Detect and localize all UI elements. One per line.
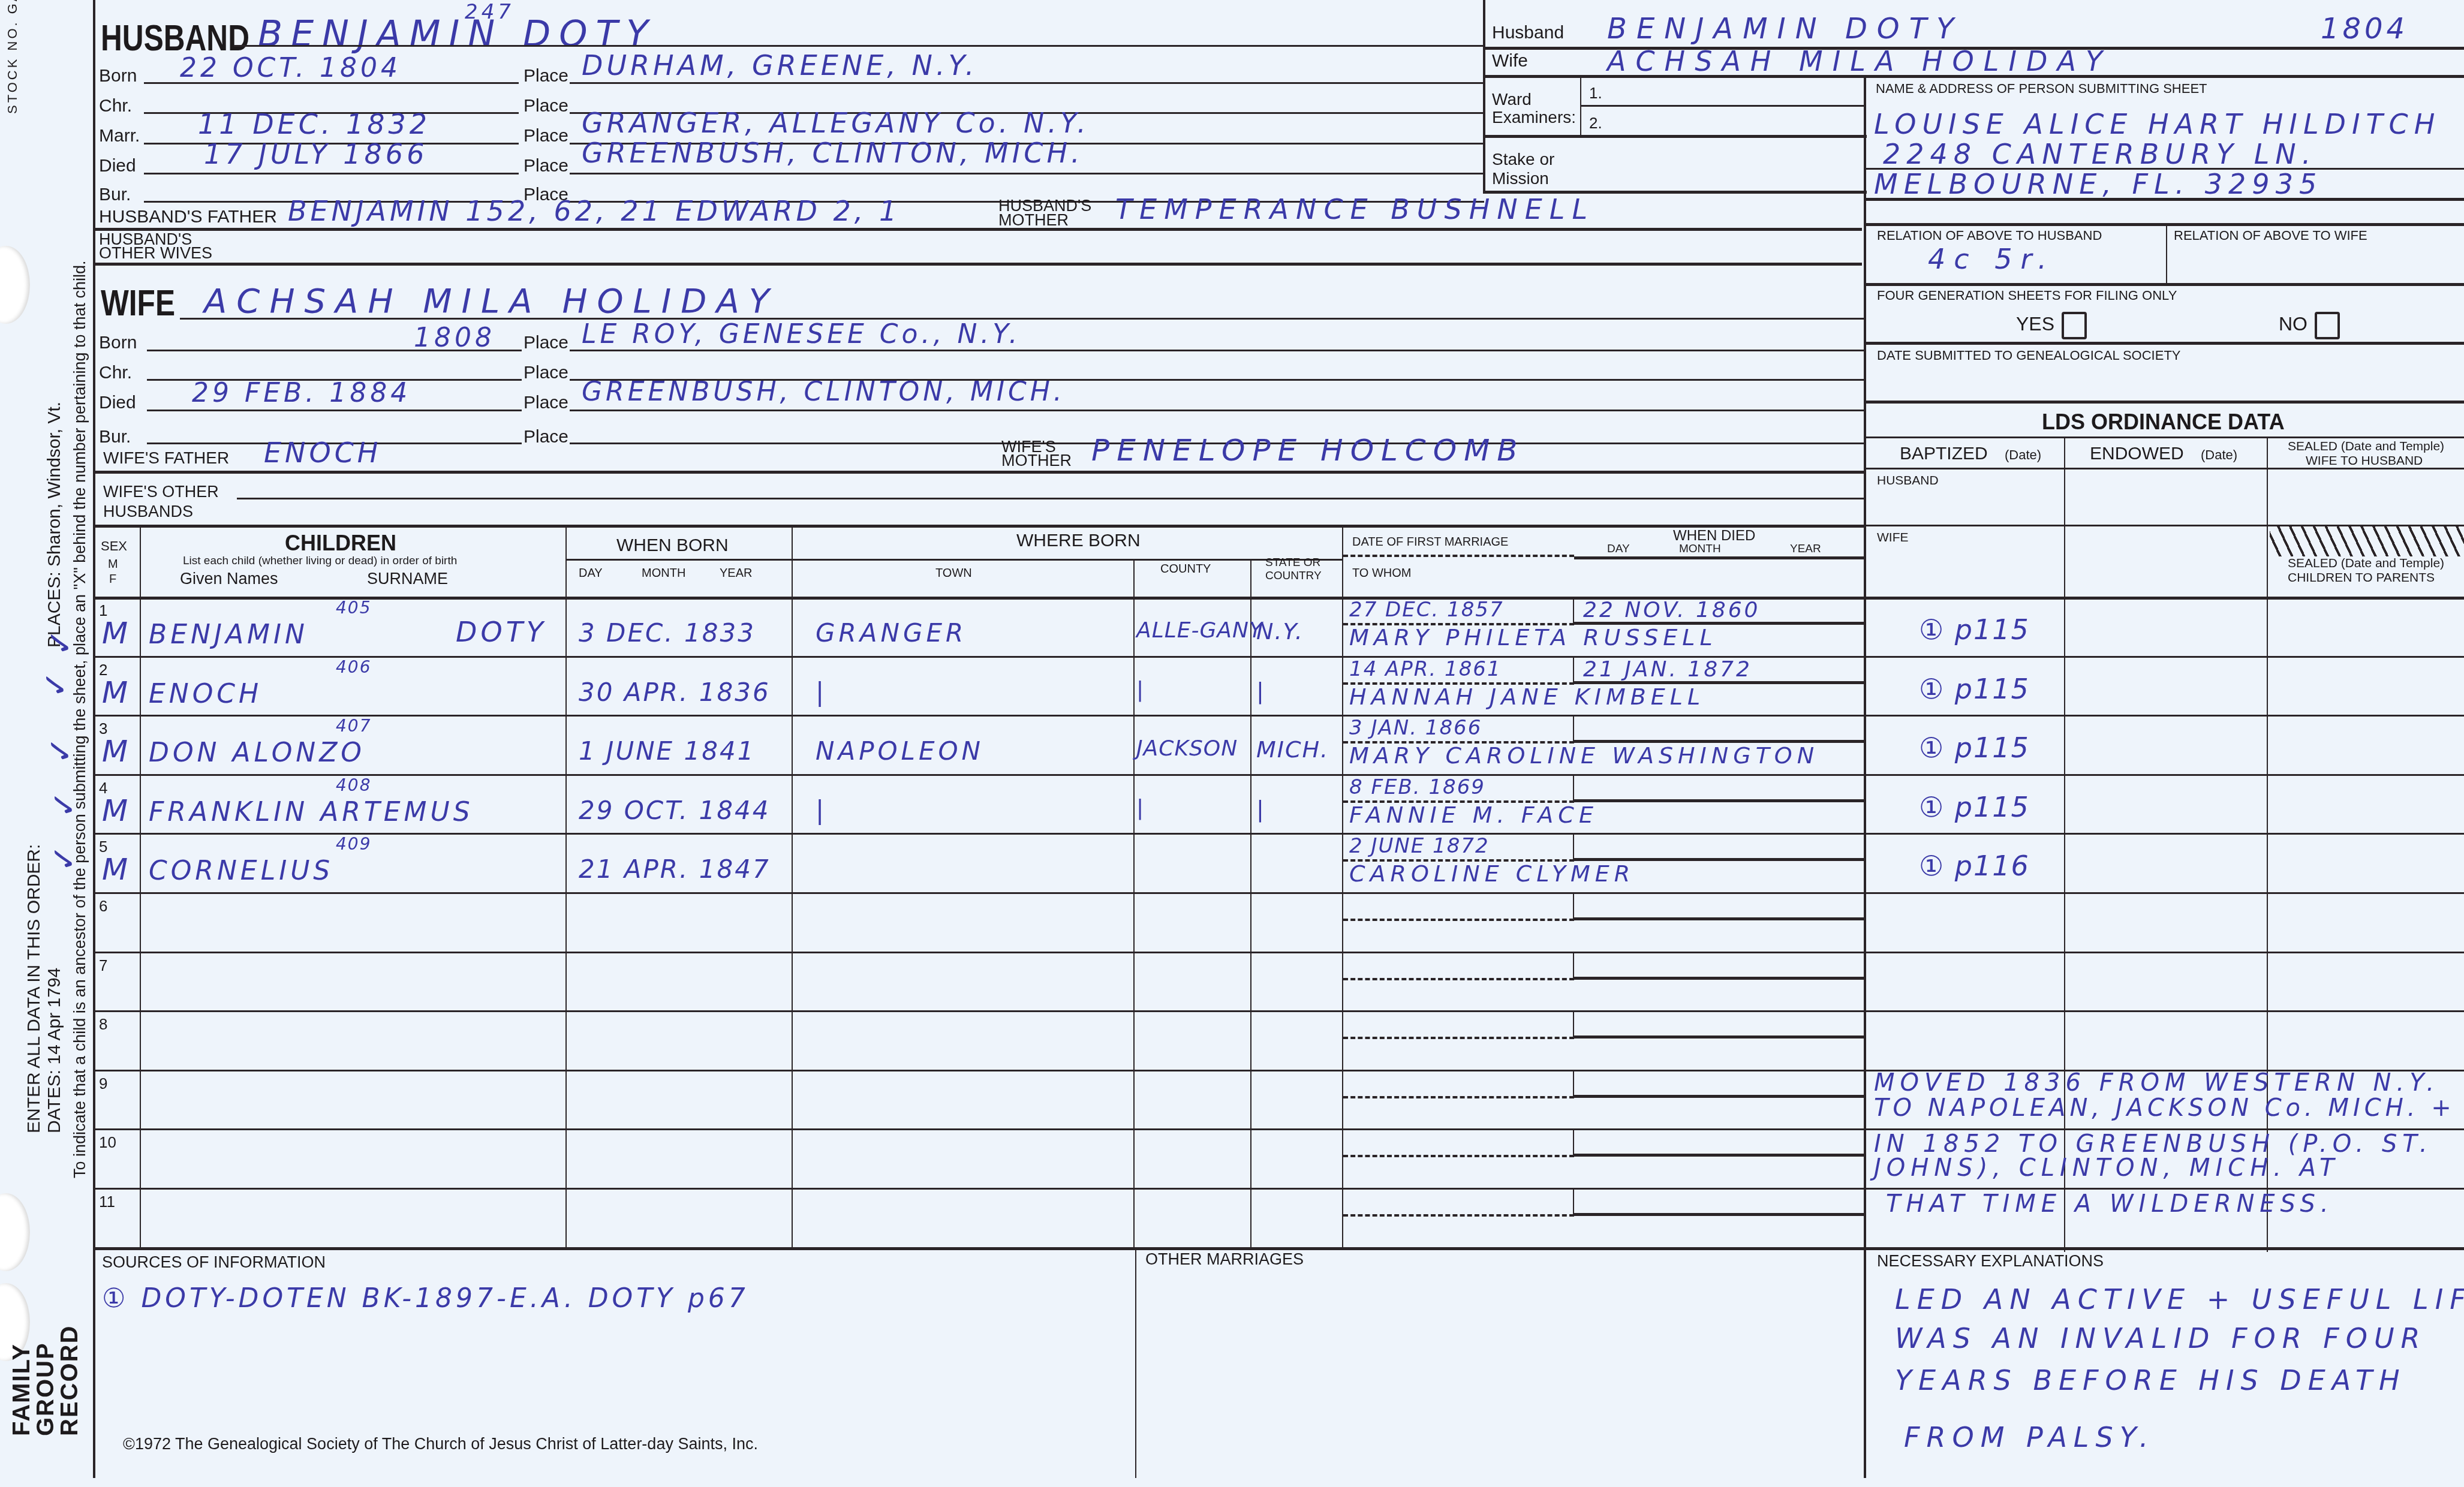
child-sex[interactable]: M: [102, 734, 128, 769]
rule: [1483, 135, 1867, 138]
year-label: YEAR: [720, 567, 752, 580]
child-number: 11: [99, 1193, 115, 1211]
row-rule: [93, 774, 2464, 776]
sealed-children-label-1: SEALED (Date and Temple): [2288, 556, 2444, 571]
sources-label: SOURCES OF INFORMATION: [102, 1253, 326, 1272]
enter-order: ENTER ALL DATA IN THIS ORDER:: [24, 844, 44, 1133]
checkmark-icon: ✓: [37, 671, 74, 698]
summary-wife-label: Wife: [1492, 51, 1528, 71]
child-number: 9: [99, 1074, 107, 1093]
wife-other-husbands-label-1: WIFE'S OTHER: [103, 483, 219, 501]
col-divider: [1573, 1188, 1574, 1215]
sex-m: M: [108, 558, 118, 571]
submitter-line-2[interactable]: 2248 CANTERBURY LN.: [1883, 138, 2316, 170]
died-day-label: DAY: [1607, 543, 1630, 556]
dashed-rule: [1343, 1037, 1574, 1039]
husband-father[interactable]: BENJAMIN 152, 62, 21 EDWARD 2, 1: [288, 195, 900, 227]
children-subtitle: List each child (whether living or dead)…: [183, 555, 457, 568]
rule: [1864, 223, 2464, 226]
child-given-name[interactable]: FRANKLIN ARTEMUS: [149, 797, 474, 827]
child-sex[interactable]: M: [102, 793, 128, 828]
rule: [93, 228, 1862, 231]
child-spouse[interactable]: FANNIE M. FACE: [1349, 802, 1598, 828]
child-ref-number: 407: [336, 716, 371, 736]
col-divider: [1573, 1010, 1574, 1038]
ancestor-instruction: To indicate that a child is an ancestor …: [71, 260, 89, 1178]
submitter-line-1[interactable]: LOUISE ALICE HART HILDITCH: [1874, 108, 2441, 140]
date-note: (Date): [2201, 447, 2237, 462]
col-divider: [1573, 833, 1574, 860]
husband-bur-label: Bur.: [99, 185, 131, 205]
sources-text[interactable]: ① DOTY-DOTEN BK-1897-E.A. DOTY p67: [102, 1283, 749, 1314]
rule: [1483, 191, 1867, 194]
child-spouse[interactable]: MARY CAROLINE WASHINGTON: [1349, 742, 1819, 769]
stake-label-2: Mission: [1492, 169, 1549, 188]
sealed-children-label-2: CHILDREN TO PARENTS: [2288, 571, 2435, 585]
divider: [1483, 0, 1485, 192]
col-divider: [1573, 597, 1574, 624]
place-label: Place: [524, 66, 568, 86]
col-divider: [1573, 892, 1574, 920]
row-rule: [93, 833, 2464, 835]
baptized-label: BAPTIZED: [1900, 444, 1988, 463]
col-divider: [1573, 715, 1574, 742]
rule: [567, 559, 1343, 561]
child-given-name[interactable]: BENJAMIN: [149, 619, 308, 650]
child-marriage-date[interactable]: 27 DEC. 1857: [1349, 598, 1504, 622]
surname-label: SURNAME: [367, 570, 448, 588]
child-baptized[interactable]: ① p115: [1919, 732, 2030, 764]
yes-checkbox[interactable]: [2062, 312, 2087, 339]
husband-died-label: Died: [99, 156, 136, 176]
rule: [180, 318, 1865, 320]
child-sex[interactable]: M: [102, 675, 128, 710]
child-marriage-date[interactable]: 8 FEB. 1869: [1349, 775, 1485, 799]
died-year-label: YEAR: [1790, 543, 1821, 556]
ward-label-1: Ward: [1492, 90, 1532, 109]
wife-born-place[interactable]: LE ROY, GENESEE Co., N.Y.: [582, 319, 1021, 350]
rule: [1864, 198, 2464, 201]
dashed-rule: [1343, 555, 1574, 557]
lds-husband-label: HUSBAND: [1877, 474, 1939, 488]
place-label: Place: [524, 333, 568, 353]
husband-marr-date[interactable]: 11 DEC. 1832: [198, 108, 431, 140]
rule: [570, 82, 1484, 84]
child-given-name[interactable]: CORNELIUS: [149, 856, 333, 886]
child-birth-date[interactable]: 30 APR. 1836: [579, 678, 771, 707]
wife-mother[interactable]: PENELOPE HOLCOMB: [1091, 433, 1525, 468]
child-birth-date[interactable]: 1 JUNE 1841: [579, 736, 755, 766]
rule: [144, 173, 519, 174]
rule: [570, 173, 1484, 174]
child-given-name[interactable]: DON ALONZO: [149, 738, 365, 768]
child-birth-state[interactable]: N.Y.: [1256, 618, 1304, 645]
other-marriages-label: OTHER MARRIAGES: [1145, 1250, 1304, 1269]
yes-option[interactable]: YES: [2016, 312, 2087, 339]
submitter-label: NAME & ADDRESS OF PERSON SUBMITTING SHEE…: [1876, 81, 2207, 97]
child-birth-state[interactable]: |: [1256, 796, 1265, 822]
col-divider: [140, 526, 141, 1248]
col-divider: [565, 526, 567, 1248]
summary-husband[interactable]: BENJAMIN DOTY: [1607, 12, 1963, 46]
child-ref-number: 408: [336, 775, 371, 795]
child-ref-number: 409: [336, 834, 371, 854]
no-label: NO: [2279, 313, 2307, 335]
child-death-date[interactable]: 22 NOV. 1860: [1583, 598, 1761, 622]
state-label-2: COUNTRY: [1265, 570, 1322, 583]
wife-mother-label-2: MOTHER: [1001, 451, 1072, 470]
wife-died-date[interactable]: 29 FEB. 1884: [192, 378, 411, 408]
child-birth-town[interactable]: |: [816, 678, 828, 707]
rule: [1574, 799, 1865, 802]
child-sex[interactable]: M: [102, 616, 128, 651]
when-died-label: WHEN DIED: [1673, 528, 1755, 544]
examiner-2: 2.: [1589, 114, 1602, 133]
wife-born-label: Born: [99, 333, 137, 353]
col-divider: [792, 526, 793, 1248]
sealed-wife-label-1: SEALED (Date and Temple): [2288, 440, 2444, 454]
summary-wife[interactable]: ACHSAH MILA HOLIDAY: [1607, 45, 2112, 77]
form-title-group: GROUP: [32, 1342, 59, 1436]
first-marriage-label: DATE OF FIRST MARRIAGE: [1352, 535, 1508, 549]
place-label: Place: [524, 363, 568, 383]
child-birth-date[interactable]: 21 APR. 1847: [579, 854, 771, 884]
town-label: TOWN: [935, 567, 972, 580]
dates-example: DATES: 14 Apr 1794: [44, 968, 65, 1133]
husband-marr-place[interactable]: GRANGER, ALLEGANY Co. N.Y.: [582, 107, 1090, 139]
col-divider: [1573, 774, 1574, 802]
dashed-rule: [1343, 978, 1574, 980]
dashed-rule: [1343, 1096, 1574, 1098]
explanation-line: FROM PALSY.: [1904, 1421, 2155, 1453]
to-whom-label: TO WHOM: [1352, 567, 1412, 580]
col-divider: [1573, 952, 1574, 979]
husband-mother-label-2: MOTHER: [998, 211, 1069, 230]
rule: [1864, 342, 2464, 345]
child-baptized[interactable]: ① p115: [1919, 673, 2030, 705]
rule: [1580, 105, 1865, 107]
rule: [1574, 977, 1865, 980]
checkmark-icon: ✓: [41, 629, 79, 656]
places-example: PLACES: Sharon, Windsor, Vt.: [44, 402, 65, 648]
endowed-header: ENDOWED (Date): [2090, 444, 2237, 464]
child-number: 8: [99, 1015, 107, 1034]
stock-number: STOCK NO. GA-032: [5, 0, 20, 114]
row-rule: [93, 1188, 2464, 1190]
sex-label: SEX: [101, 538, 127, 554]
note-line: MOVED 1836 FROM WESTERN N.Y.: [1874, 1069, 2439, 1097]
col-divider: [1573, 656, 1574, 684]
rule: [234, 45, 1484, 47]
husband-died-place[interactable]: GREENBUSH, CLINTON, MICH.: [582, 137, 1084, 169]
endowed-label: ENDOWED: [2090, 444, 2184, 463]
wife-heading: WIFE: [101, 282, 175, 324]
child-birth-county[interactable]: ALLE-GANY: [1136, 618, 1263, 643]
when-born-label: WHEN BORN: [616, 535, 729, 556]
county-label: COUNTY: [1160, 562, 1211, 576]
rule: [1574, 917, 1865, 920]
husband-born-place[interactable]: DURHAM, GREENE, N.Y.: [582, 49, 977, 82]
lds-title: LDS ORDINANCE DATA: [2042, 410, 2285, 435]
dashed-rule: [1343, 1155, 1574, 1157]
husband-marr-label: Marr.: [99, 126, 140, 146]
place-label: Place: [524, 126, 568, 146]
child-number: 6: [99, 897, 107, 916]
yes-label: YES: [2016, 313, 2054, 335]
binder-hole: [0, 1193, 30, 1271]
note-line: THAT TIME A WILDERNESS.: [1886, 1190, 2334, 1218]
binder-hole: [0, 246, 30, 324]
stake-label-1: Stake or: [1492, 150, 1554, 169]
rule: [570, 410, 1865, 411]
copyright: ©1972 The Genealogical Society of The Ch…: [123, 1435, 758, 1453]
examiner-1: 1.: [1589, 84, 1602, 103]
wife-died-label: Died: [99, 393, 136, 413]
checkmark-icon: ✓: [41, 737, 79, 764]
row-rule: [93, 715, 2464, 717]
row-rule: [93, 892, 2464, 894]
wife-bur-label: Bur.: [99, 427, 131, 447]
col-divider: [1250, 559, 1251, 1248]
relation-husband-label: RELATION OF ABOVE TO HUSBAND: [1877, 228, 2102, 243]
child-sex[interactable]: M: [102, 852, 128, 887]
row-rule: [93, 656, 2464, 658]
place-label: Place: [524, 427, 568, 447]
dashed-rule: [1343, 919, 1574, 921]
where-born-label: WHERE BORN: [1016, 531, 1141, 551]
wife-chr-label: Chr.: [99, 363, 132, 383]
child-birth-town[interactable]: NAPOLEON: [816, 736, 984, 766]
explanation-line: YEARS BEFORE HIS DEATH: [1895, 1364, 2406, 1396]
child-baptized[interactable]: ① p115: [1919, 613, 2030, 646]
baptized-header: BAPTIZED (Date): [1900, 444, 2041, 464]
child-marriage-date[interactable]: 3 JAN. 1866: [1349, 716, 1482, 740]
wife-died-place[interactable]: GREENBUSH, CLINTON, MICH.: [582, 377, 1066, 407]
child-marriage-date[interactable]: 14 APR. 1861: [1349, 657, 1502, 681]
rule: [147, 410, 522, 411]
col-divider: [1133, 559, 1135, 1248]
child-baptized[interactable]: ① p116: [1919, 850, 2030, 882]
relation-husband[interactable]: 4c 5r.: [1928, 243, 2055, 275]
rule: [1864, 437, 2464, 438]
husband-other-wives-label-2: OTHER WIVES: [99, 244, 212, 263]
child-birth-state[interactable]: |: [1256, 678, 1265, 704]
rule: [1574, 1095, 1865, 1098]
child-baptized[interactable]: ① p115: [1919, 791, 2030, 823]
sex-f: F: [109, 573, 116, 586]
child-birth-date[interactable]: 29 OCT. 1844: [579, 796, 770, 825]
husband-died-date[interactable]: 17 JULY 1866: [204, 138, 428, 170]
child-marriage-date[interactable]: 2 JUNE 1872: [1349, 834, 1490, 858]
child-number: 7: [99, 956, 107, 975]
state-label-1: STATE OR: [1265, 556, 1320, 570]
child-death-date[interactable]: 21 JAN. 1872: [1583, 657, 1752, 682]
date-submitted-label: DATE SUBMITTED TO GENEALOGICAL SOCIETY: [1877, 348, 2181, 363]
rule: [93, 263, 1862, 266]
rule: [1864, 401, 2464, 404]
dashed-rule: [1343, 1214, 1574, 1217]
child-number: 10: [99, 1133, 116, 1152]
child-spouse[interactable]: CAROLINE CLYMER: [1349, 860, 1635, 887]
child-spouse[interactable]: MARY PHILETA RUSSELL: [1349, 624, 1717, 651]
child-birth-county[interactable]: |: [1136, 678, 1144, 702]
form-title-record: RECORD: [56, 1325, 83, 1436]
husband-born-label: Born: [99, 66, 137, 86]
died-month-label: MONTH: [1679, 543, 1721, 556]
child-birth-town[interactable]: GRANGER: [816, 618, 967, 648]
rule: [1483, 75, 2464, 78]
rule: [570, 350, 1865, 351]
children-title: CHILDREN: [285, 531, 396, 556]
month-label: MONTH: [642, 567, 685, 580]
row-rule: [93, 1010, 2464, 1012]
sealed-wife-label-2: WIFE TO HUSBAND: [2306, 454, 2423, 468]
wife-father[interactable]: ENOCH: [264, 437, 381, 469]
form-border: [93, 0, 95, 1478]
summary-husband-label: Husband: [1492, 23, 1564, 43]
husband-chr-label: Chr.: [99, 96, 132, 116]
ward-label-2: Examiners:: [1492, 108, 1576, 127]
rule: [93, 597, 2464, 600]
given-names-label: Given Names: [180, 570, 278, 588]
wife-other-husbands-label-2: HUSBANDS: [103, 502, 193, 521]
explanation-line: LED AN ACTIVE + USEFUL LIFE,: [1895, 1283, 2464, 1316]
col-divider: [1573, 1128, 1574, 1156]
row-rule: [93, 952, 2464, 953]
rule: [93, 471, 1865, 474]
place-label: Place: [524, 156, 568, 176]
child-spouse[interactable]: HANNAH JANE KIMBELL: [1349, 684, 1705, 710]
rule: [1574, 1154, 1865, 1157]
wife-born-date[interactable]: 1808: [414, 323, 495, 353]
col-divider: [1573, 1070, 1574, 1097]
relation-wife-label: RELATION OF ABOVE TO WIFE: [2174, 228, 2367, 243]
rule: [1574, 556, 1865, 559]
hatched-area: [2270, 526, 2464, 556]
form-title-family: FAMILY: [8, 1343, 35, 1436]
rule: [1574, 1036, 1865, 1039]
explanations-label: NECESSARY EXPLANATIONS: [1877, 1252, 2104, 1271]
child-birth-town[interactable]: |: [816, 796, 828, 825]
lds-wife-label: WIFE: [1877, 531, 1909, 545]
wife-name[interactable]: ACHSAH MILA HOLIDAY: [204, 282, 779, 321]
place-label: Place: [524, 96, 568, 116]
explanation-line: WAS AN INVALID FOR FOUR: [1895, 1322, 2427, 1354]
child-birth-date[interactable]: 3 DEC. 1833: [579, 618, 756, 648]
rule: [237, 498, 1865, 499]
summary-husband-year[interactable]: 1804: [2321, 12, 2408, 46]
note-line: JOHNS), CLINTON, MICH. AT: [1874, 1154, 2340, 1182]
rule: [144, 82, 519, 84]
child-birth-county[interactable]: |: [1136, 796, 1144, 820]
note-line: TO NAPOLEAN, JACKSON Co. MICH. +: [1874, 1094, 2456, 1122]
checkmark-icon: ✓: [45, 845, 83, 872]
child-ref-number: 406: [336, 657, 371, 677]
child-ref-number: 405: [336, 598, 371, 618]
rule: [1864, 283, 2464, 286]
no-option[interactable]: NO: [2279, 312, 2340, 339]
no-checkbox[interactable]: [2315, 312, 2340, 339]
divider: [2166, 223, 2167, 283]
rule: [147, 350, 522, 351]
child-given-name[interactable]: ENOCH: [149, 679, 262, 709]
child-birth-state[interactable]: MICH.: [1256, 736, 1329, 763]
divider: [1135, 1247, 1136, 1478]
day-label: DAY: [579, 567, 603, 580]
child-surname[interactable]: DOTY: [456, 616, 547, 648]
child-birth-county[interactable]: JACKSON: [1136, 736, 1238, 761]
rule: [1574, 1213, 1865, 1216]
husband-father-label: HUSBAND'S FATHER: [99, 207, 277, 227]
checkmark-icon: ✓: [45, 791, 83, 818]
rule: [93, 525, 1865, 528]
wife-father-label: WIFE'S FATHER: [103, 448, 229, 468]
husband-mother[interactable]: TEMPERANCE BUSHNELL: [1115, 193, 1594, 225]
date-note: (Date): [2005, 447, 2041, 462]
place-label: Place: [524, 393, 568, 413]
four-gen-label: FOUR GENERATION SHEETS FOR FILING ONLY: [1877, 288, 2177, 303]
rule: [1864, 468, 2464, 469]
col-divider: [1342, 526, 1343, 1248]
submitter-line-3[interactable]: MELBOURNE, FL. 32935: [1874, 168, 2322, 200]
husband-born-date[interactable]: 22 OCT. 1804: [180, 53, 401, 83]
